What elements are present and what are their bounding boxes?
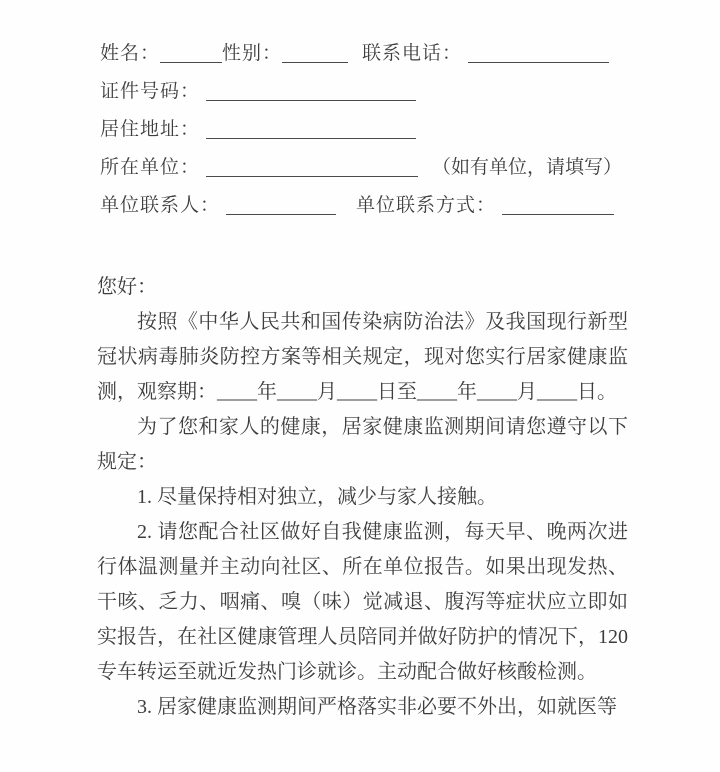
address-blank — [206, 120, 416, 139]
document-page: 姓名：性别：联系电话： 证件号码： 居住地址： 所在单位：（如有单位，请填写） … — [0, 0, 720, 772]
id-number-label: 证件号码： — [100, 81, 200, 102]
form-line-id: 证件号码： — [100, 80, 640, 104]
employer-label: 所在单位： — [100, 157, 200, 178]
notice-body-section: 您好： 按照《中华人民共和国传染病防治法》及我国现行新型冠状病毒肺炎防控方案等相… — [97, 270, 628, 725]
form-line-employer: 所在单位：（如有单位，请填写） — [100, 156, 640, 180]
unit-contact-blank — [226, 196, 336, 215]
name-blank — [160, 44, 222, 63]
gender-blank — [282, 44, 348, 63]
phone-blank — [468, 44, 609, 63]
unit-phone-blank — [502, 196, 614, 215]
form-header-section: 姓名：性别：联系电话： 证件号码： 居住地址： 所在单位：（如有单位，请填写） … — [100, 42, 640, 232]
employer-note: （如有单位，请填写） — [432, 157, 622, 178]
employer-blank — [206, 158, 418, 177]
address-label: 居住地址： — [100, 119, 200, 140]
form-line-unit-contact: 单位联系人：单位联系方式： — [100, 194, 640, 218]
gender-label: 性别： — [222, 43, 282, 64]
greeting-line: 您好： — [97, 270, 628, 305]
rule-item-1: 1. 尽量保持相对独立，减少与家人接触。 — [97, 480, 628, 515]
form-line-address: 居住地址： — [100, 118, 640, 142]
name-label: 姓名： — [100, 43, 160, 64]
unit-contact-label: 单位联系人： — [100, 195, 220, 216]
form-line-personal: 姓名：性别：联系电话： — [100, 42, 640, 66]
unit-phone-label: 单位联系方式： — [356, 195, 496, 216]
rules-intro-paragraph: 为了您和家人的健康，居家健康监测期间请您遵守以下规定： — [97, 410, 628, 480]
legal-basis-paragraph: 按照《中华人民共和国传染病防治法》及我国现行新型冠状病毒肺炎防控方案等相关规定，… — [97, 305, 628, 410]
id-number-blank — [206, 82, 416, 101]
rule-item-3: 3. 居家健康监测期间严格落实非必要不外出，如就医等 — [97, 690, 628, 725]
rule-item-2: 2. 请您配合社区做好自我健康监测，每天早、晚两次进行体温测量并主动向社区、所在… — [97, 515, 628, 690]
phone-label: 联系电话： — [362, 43, 462, 64]
